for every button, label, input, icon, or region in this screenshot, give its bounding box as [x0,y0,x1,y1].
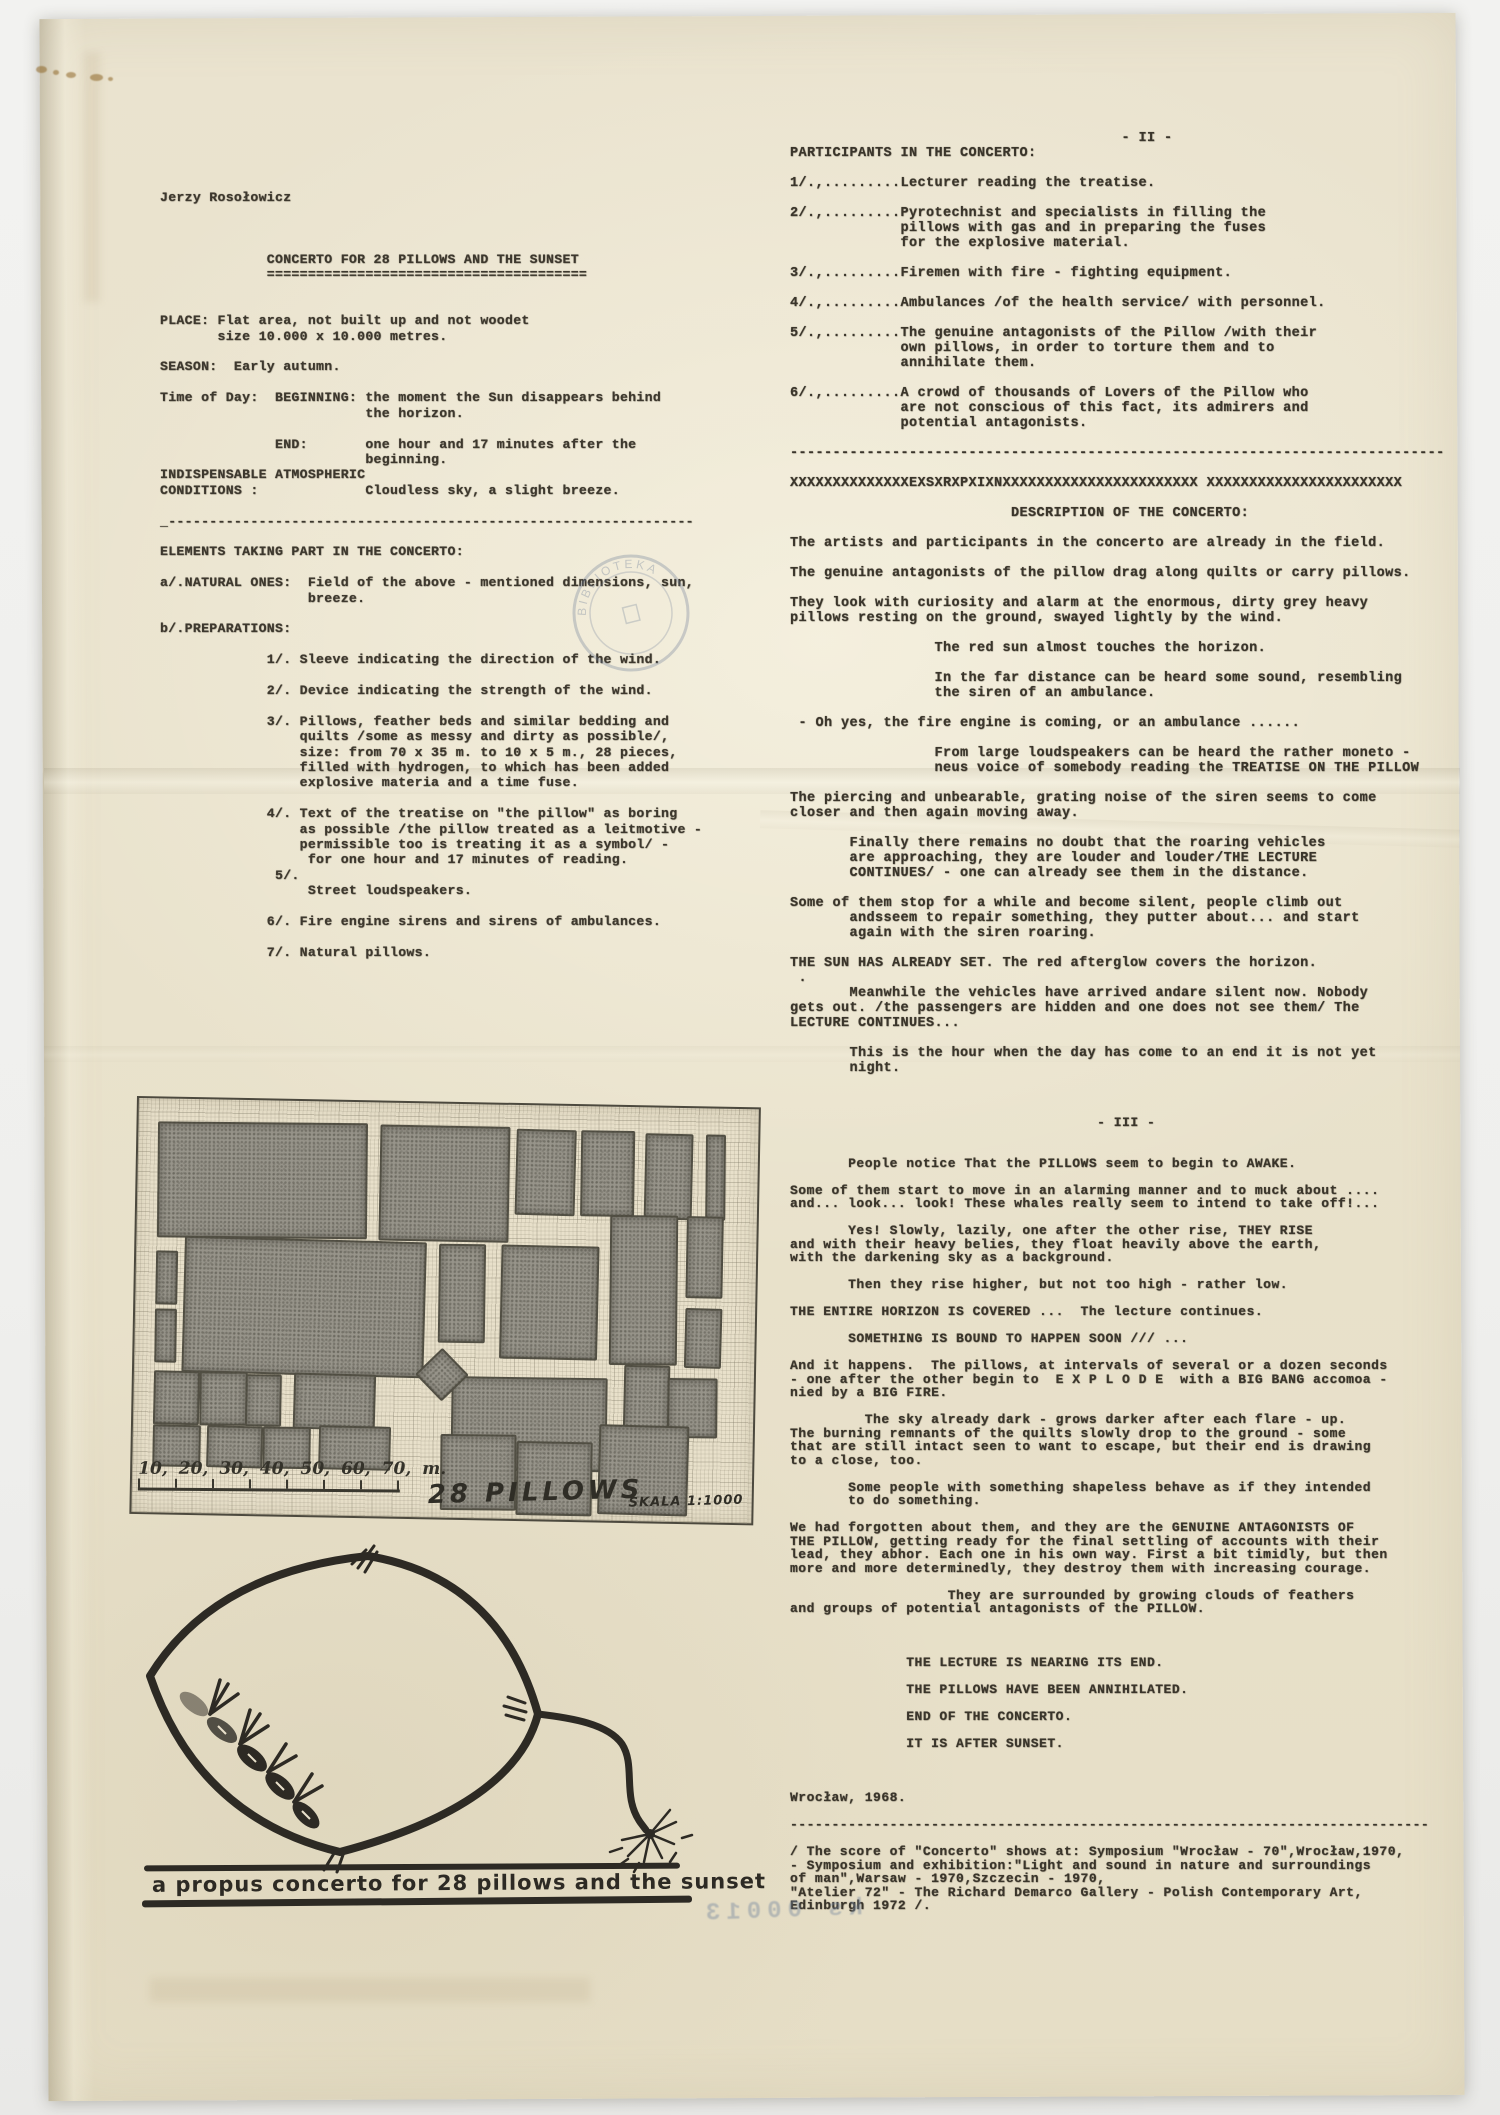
ruler-number: 10, [138,1459,168,1479]
pillow-block [245,1374,282,1427]
smudge [150,1978,590,2002]
pillow-block [609,1215,678,1366]
typescript-page-2: - II - PARTICIPANTS IN THE CONCERTO: 1/.… [790,131,1445,1076]
stain [36,66,47,73]
smear [84,52,100,302]
ruler-line [138,1478,400,1492]
pillow-block [293,1373,376,1431]
pillow-block [199,1371,248,1425]
pillow-block [705,1135,726,1221]
ruler-number: 50, [300,1459,330,1479]
drawing-caption: a propus concerto for 28 pillows and the… [152,1869,766,1897]
map-title: 28 PILLOWS [427,1475,643,1510]
pillow-block [153,1370,200,1425]
inventory-stamp-mirrored: ks 00013 [700,1895,864,1928]
ruler-number: 20, [179,1459,209,1479]
ruler-unit: m. [422,1459,446,1479]
pillow-block [515,1129,577,1217]
typescript-page-3: - III - People notice That the PILLOWS s… [790,1116,1429,1913]
pillow-block [684,1308,723,1369]
ruler-number: 40, [260,1459,290,1479]
pillow-block [580,1130,635,1217]
ruler-number: 60, [341,1459,371,1479]
pillow-block [644,1133,694,1220]
pillow-block [378,1124,510,1242]
pillow-block [154,1308,177,1362]
ruler-numbers: 10,20,30,40,50,60,70,m. [138,1459,438,1479]
pillow-block [181,1236,427,1378]
stain [53,70,59,75]
scanned-document: Jerzy Rosołowicz CONCERTO FOR 28 PILLOWS… [0,0,1500,2115]
stain [108,77,113,81]
pillow-map: 10,20,30,40,50,60,70,m. 28 PILLOWS SKALA… [129,1096,761,1525]
map-scale-label: SKALA 1:1000 [628,1493,743,1511]
pillow-block [155,1250,178,1304]
pillow-block [685,1216,723,1299]
map-ruler: 10,20,30,40,50,60,70,m. [138,1456,439,1494]
ruler-number: 30, [219,1459,249,1479]
pillow-outline [150,1556,538,1852]
pillow-block [157,1121,368,1239]
ruler-number: 70, [382,1459,412,1479]
pillow-block [499,1244,600,1360]
fuse-cord [538,1714,646,1830]
pillow-drawing [122,1534,702,1884]
stain [66,72,76,78]
pillow-block [438,1244,486,1344]
